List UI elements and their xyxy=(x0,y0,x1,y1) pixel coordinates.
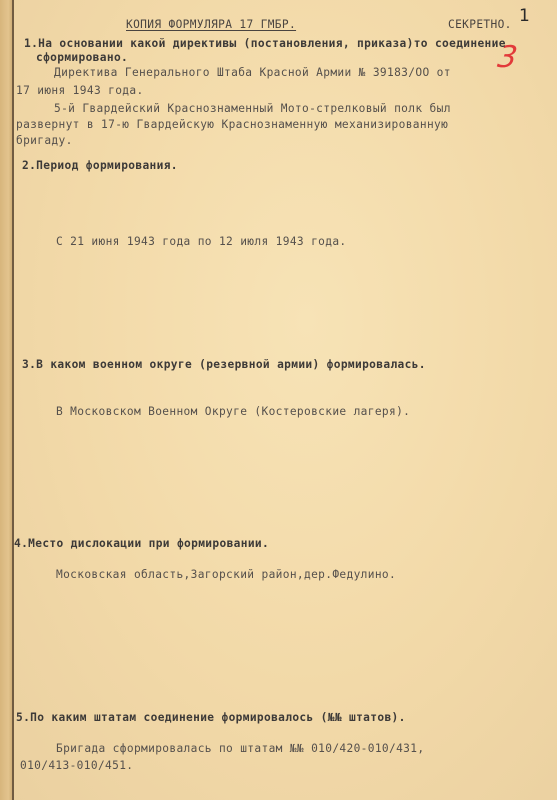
document-page: КОПИЯ ФОРМУЛЯРА 17 ГМБР. СЕКРЕТНО. 1 3 1… xyxy=(0,0,557,800)
section-5-answer-line: 010/413-010/451. xyxy=(20,759,133,772)
page-number: 1 xyxy=(519,6,530,26)
classification-stamp: СЕКРЕТНО. xyxy=(448,18,512,31)
section-1-answer-line: 17 июня 1943 года. xyxy=(16,84,144,97)
binding-margin xyxy=(0,0,12,800)
margin-line xyxy=(12,0,14,800)
bleed-through-text xyxy=(350,490,500,518)
section-3-answer: В Московском Военном Округе (Костеровски… xyxy=(56,405,410,418)
section-1-answer-line: бригаду. xyxy=(16,134,73,147)
section-5-question: 5.По каким штатам соединение формировало… xyxy=(16,711,406,724)
document-title: КОПИЯ ФОРМУЛЯРА 17 ГМБР. xyxy=(126,18,296,31)
section-1-answer-line: 5-й Гвардейский Краснознаменный Мото-стр… xyxy=(54,102,451,115)
section-1-question-cont: сформировано. xyxy=(36,51,128,64)
section-3-question: 3.В каком военном округе (резервной арми… xyxy=(22,358,426,371)
section-4-answer: Московская область,Загорский район,дер.Ф… xyxy=(56,568,396,581)
section-4-question: 4.Место дислокации при формировании. xyxy=(14,537,269,550)
section-1-answer-line: Директива Генерального Штаба Красной Арм… xyxy=(54,66,451,79)
section-2-answer: С 21 июня 1943 года по 12 июля 1943 года… xyxy=(56,235,347,248)
section-1-question: 1.На основании какой директивы (постанов… xyxy=(24,37,506,50)
section-5-answer-line: Бригада сформировалась по штатам №№ 010/… xyxy=(56,742,424,755)
section-1-answer-line: развернут в 17-ю Гвардейскую Краснознаме… xyxy=(16,118,448,131)
section-2-question: 2.Период формирования. xyxy=(22,159,178,172)
